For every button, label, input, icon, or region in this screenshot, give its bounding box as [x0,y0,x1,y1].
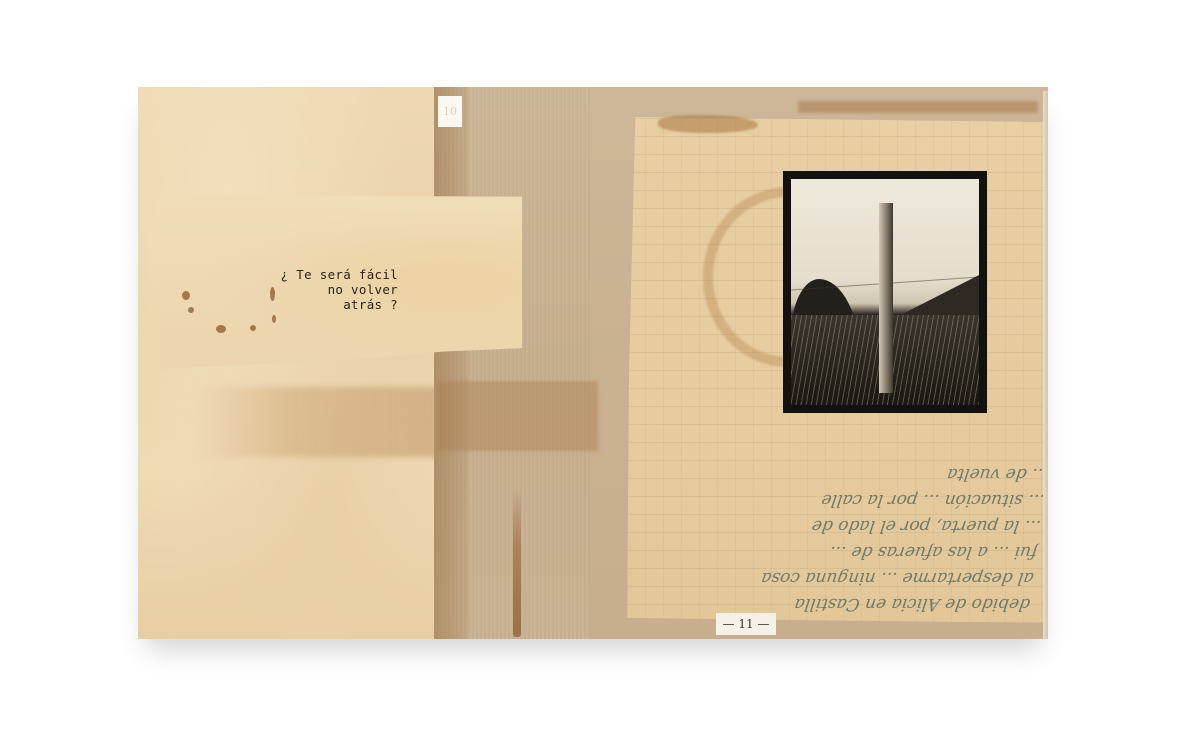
ink-stain [272,315,276,323]
ink-stain [216,325,226,333]
drip-stain [513,487,521,637]
handwritten-text: debido de Alicia en Castilla al desperta… [618,447,1052,617]
typed-line: ¿ Te será fácil [226,267,398,282]
typed-line: no volver [226,282,398,297]
water-stain [658,115,758,133]
page-edges [1043,91,1048,639]
photograph [783,171,987,413]
spine-shadow [434,87,468,639]
typed-line: atrás ? [226,297,398,312]
photo-image [791,179,979,405]
ink-stain [188,307,194,313]
page-number-right: — 11 — [716,613,776,635]
water-stain [798,101,1038,113]
page-number-left: 10 [438,96,462,127]
photo-fence-post [879,203,893,393]
typed-question: ¿ Te será fácilno volveratrás ? [226,267,398,312]
cross-wash-stain [438,381,598,451]
watercolor-wash [198,387,438,457]
ink-stain [182,291,190,300]
open-book-spread: 10 ¿ Te será fácilno volveratrás ? debid… [138,87,1048,639]
typed-slip: ¿ Te será fácilno volveratrás ? [160,195,522,369]
ink-stain [250,325,256,331]
